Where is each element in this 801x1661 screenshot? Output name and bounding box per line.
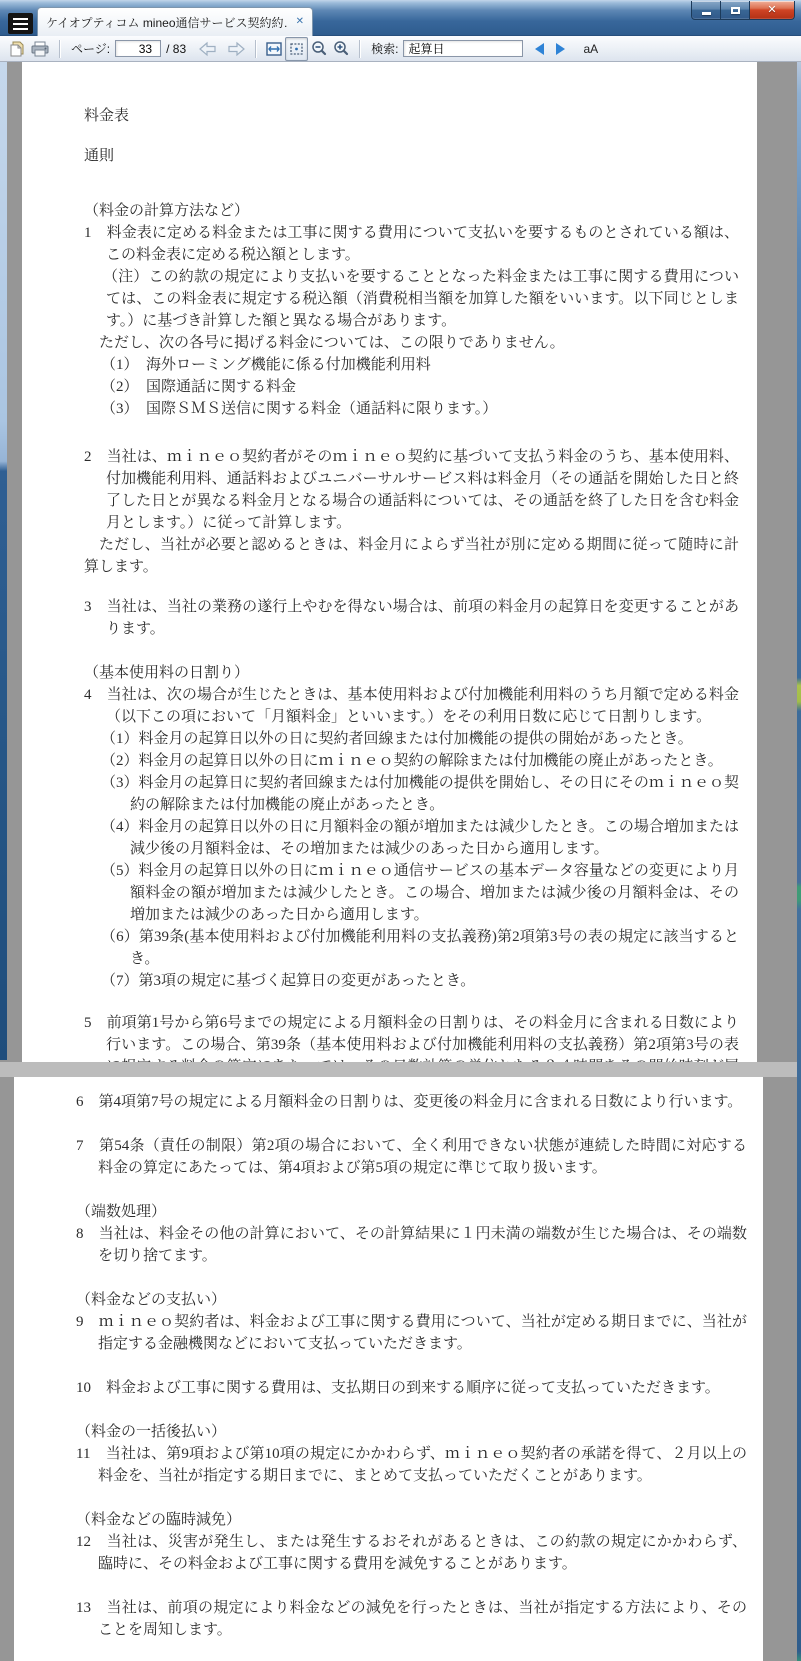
page-label: ページ: (71, 40, 110, 57)
doc-text-block: （7）第3項の規定に基づく起算日の変更があったとき。 (84, 970, 739, 992)
doc-text-block: 通則 (84, 145, 739, 167)
search-label: 検索: (371, 40, 398, 57)
doc-text-block: （1）料金月の起算日以外の日に契約者回線または付加機能の提供の開始があったとき。 (84, 728, 739, 750)
fit-page-icon (288, 41, 305, 57)
zoom-out-icon (310, 40, 328, 57)
doc-text-block: （注）この約款の規定により支払いを要することとなった料金または工事に関する費用に… (84, 266, 739, 332)
doc-text-block: 7 第54条（責任の制限）第2項の場合において、全く利用できない状態が連続した時… (76, 1135, 747, 1179)
printer-icon (30, 40, 50, 58)
doc-text-block: 10 料金および工事に関する費用は、支払期日の到来する順序に従って支払っていただ… (76, 1377, 747, 1399)
doc-text-block: 9 ｍｉｎｅｏ契約者は、料金および工事に関する費用について、当社が定める期日まで… (76, 1311, 747, 1355)
doc-text-block: 2 当社は、ｍｉｎｅｏ契約者がそのｍｉｎｅｏ契約に基づいて支払う料金のうち、基本… (84, 446, 739, 534)
toolbar-separator (59, 40, 60, 58)
doc-text-block: （端数処理） (76, 1201, 747, 1223)
toolbar: ページ: / 83 (0, 36, 801, 62)
doc-text-block: （4）料金月の起算日以外の日に月額料金の額が増加または減少したとき。この場合増加… (84, 816, 739, 860)
doc-text-block: （5）料金月の起算日以外の日にｍｉｎｅｏ通信サービスの基本データ容量などの変更に… (84, 860, 739, 926)
doc-text-block: （6）第39条(基本使用料および付加機能利用料の支払義務)第2項第3号の表の規定… (84, 926, 739, 970)
toolbar-separator (255, 40, 256, 58)
close-icon: ✕ (767, 5, 776, 16)
pdf-page-34: 6 第4項第7号の規定による月額料金の日割りは、変更後の料金月に含まれる日数によ… (14, 1077, 763, 1661)
screen: { "window": { "tab_title": "ケイオプティコム min… (0, 0, 801, 1661)
hamburger-icon (13, 18, 28, 20)
doc-text-block: （料金などの支払い） (76, 1289, 747, 1311)
doc-text-block: （料金などの臨時減免） (76, 1509, 747, 1531)
doc-text-block: ただし、当社が必要と認めるときは、料金月によらず当社が別に定める期間に従って随時… (84, 534, 739, 578)
doc-text-block: （3）料金月の起算日に契約者回線または付加機能の提供を開始し、その日にそのｍｉｎ… (84, 772, 739, 816)
doc-text-block: 12 当社は、災害が発生し、または発生するおそれがあるときは、この約款の規定にか… (76, 1531, 747, 1575)
window-left-border (0, 62, 7, 1060)
document-area: 料金表通則（料金の計算方法など）1 料金表に定める料金または工事に関する費用につ… (0, 62, 801, 1661)
doc-text-block: 1 料金表に定める料金または工事に関する費用について支払いを要するものとされてい… (84, 222, 739, 266)
page-number-input[interactable] (115, 40, 161, 57)
titlebar: ケイオプティコム mineo通信サービス契約約… ✕ ✕ (0, 0, 801, 36)
doc-text-block: 料金表 (84, 105, 739, 127)
doc-text-block: （3） 国際ＳＭＳ送信に関する料金（通話料に限ります。） (84, 398, 739, 420)
doc-text-block: 5 前項第1号から第6号までの規定による月額料金の日割りは、その料金月に含まれる… (84, 1012, 739, 1062)
search-input[interactable] (403, 40, 523, 57)
document-tab[interactable]: ケイオプティコム mineo通信サービス契約約… ✕ (37, 7, 313, 36)
maximize-icon (731, 7, 740, 14)
minimize-icon (702, 12, 711, 15)
tab-title: ケイオプティコム mineo通信サービス契約約… (46, 14, 288, 31)
doc-text-block: 11 当社は、第9項および第10項の規定にかかわらず、ｍｉｎｅｏ契約者の承諾を得… (76, 1443, 747, 1487)
minimize-button[interactable] (691, 1, 721, 20)
doc-text-block: 4 当社は、次の場合が生じたときは、基本使用料および付加機能利用料のうち月額で定… (84, 684, 739, 728)
hamburger-menu-button[interactable] (8, 13, 33, 34)
doc-text-block: （料金の計算方法など） (84, 200, 739, 222)
arrow-right-icon (226, 41, 246, 57)
find-next-button[interactable] (556, 43, 565, 55)
tab-close-icon[interactable]: ✕ (296, 17, 304, 27)
pdf-page-33: 料金表通則（料金の計算方法など）1 料金表に定める料金または工事に関する費用につ… (22, 62, 757, 1062)
doc-text-block: 13 当社は、前項の規定により料金などの減免を行ったときは、当社が指定する方法に… (76, 1597, 747, 1641)
doc-text-block: （2） 国際通話に関する料金 (84, 376, 739, 398)
background-window-sliver (797, 62, 801, 1661)
file-icon (8, 40, 26, 58)
doc-text-block: 3 当社は、当社の業務の遂行上やむを得ない場合は、前項の料金月の起算日を変更する… (84, 596, 739, 640)
arrow-left-icon (198, 41, 218, 57)
fit-width-icon (265, 41, 283, 57)
zoom-in-button[interactable] (330, 38, 352, 60)
fit-width-button[interactable] (263, 38, 285, 60)
export-file-button[interactable] (6, 38, 28, 60)
doc-text-block: 8 当社は、料金その他の計算において、その計算結果に１円未満の端数が生じた場合は… (76, 1223, 747, 1267)
toolbar-separator (359, 40, 360, 58)
doc-text-block: 6 第4項第7号の規定による月額料金の日割りは、変更後の料金月に含まれる日数によ… (76, 1091, 747, 1113)
page-total: / 83 (166, 42, 186, 56)
doc-text-block: （料金の一括後払い） (76, 1421, 747, 1443)
maximize-button[interactable] (721, 1, 749, 20)
fit-page-button[interactable] (285, 37, 308, 61)
doc-text-block: ただし、次の各号に掲げる料金については、この限りでありません。 (84, 332, 739, 354)
next-view-button[interactable] (224, 38, 248, 60)
doc-text-block: （2）料金月の起算日以外の日にｍｉｎｅｏ契約の解除または付加機能の廃止があったと… (84, 750, 739, 772)
zoom-out-button[interactable] (308, 38, 330, 60)
close-button[interactable]: ✕ (749, 1, 795, 20)
find-previous-button[interactable] (535, 43, 544, 55)
page-gap (0, 1062, 801, 1077)
window-controls: ✕ (691, 1, 795, 20)
doc-text-block: （1） 海外ローミング機能に係る付加機能利用料 (84, 354, 739, 376)
previous-view-button[interactable] (196, 38, 220, 60)
doc-text-block: （基本使用料の日割り） (84, 662, 739, 684)
print-button[interactable] (28, 38, 52, 60)
zoom-in-icon (332, 40, 350, 57)
match-case-toggle[interactable]: aA (583, 42, 598, 56)
